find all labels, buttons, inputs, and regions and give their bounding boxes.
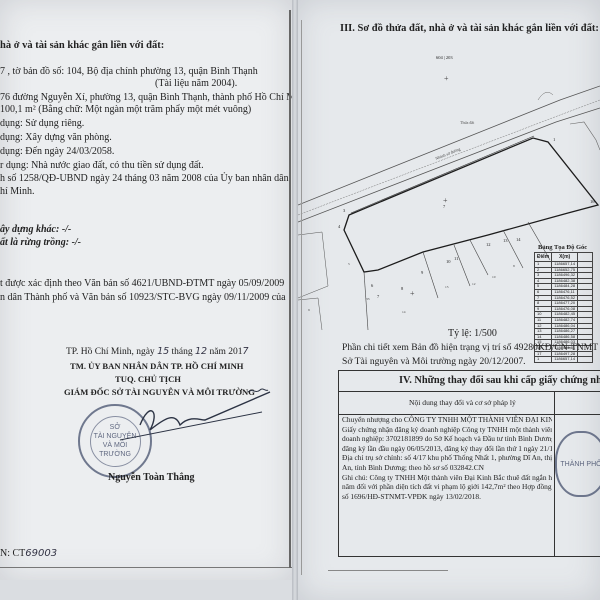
svg-text:13: 13 (503, 238, 508, 243)
detail-note-1: Phần chi tiết xem Bản đồ hiện trạng vị t… (342, 342, 600, 354)
area-top-label: Thửa đất (460, 120, 475, 125)
left-page: hà ở và tài sản khác gắn liền với đất: 7… (0, 0, 292, 580)
right-page: III. Sơ đồ thửa đất, nhà ở và tài sản kh… (298, 0, 600, 600)
scale-label: Tỷ lệ: 1/500 (448, 328, 497, 340)
change-line: đăng ký lần đầu ngày 06/05/2013, đăng ký… (342, 444, 552, 454)
crosshair-mark: + (444, 74, 449, 83)
svg-text:10: 10 (492, 275, 496, 279)
svg-text:7: 7 (377, 294, 380, 299)
svg-text:+: + (410, 289, 415, 298)
svg-text:14: 14 (402, 310, 406, 314)
detail-note-2: Sở Tài nguyên và Môi trường ngày 20/12/2… (342, 356, 526, 368)
changes-column-header: Nội dung thay đổi và cơ sở pháp lý (409, 397, 516, 409)
changes-content: Chuyển nhượng cho CÔNG TY TNHH MỘT THÀNH… (342, 415, 552, 501)
change-line: số 1696/HĐ-STNMT-VPĐK ngày 13/02/2018. (342, 492, 552, 502)
svg-text:12: 12 (472, 282, 476, 286)
svg-text:4: 4 (338, 224, 341, 229)
signer-name: Nguyễn Toàn Thắng (108, 472, 195, 484)
page-border-left (301, 20, 302, 575)
svg-text:10: 10 (446, 259, 451, 264)
certificate-number: N: CT69003 (0, 548, 57, 560)
svg-text:5: 5 (348, 262, 350, 266)
change-line: Địa chỉ trụ sở chính: số 4/17 khu phố Th… (342, 453, 552, 463)
svg-text:9: 9 (308, 308, 310, 312)
bottom-rule (328, 570, 448, 571)
svg-text:12: 12 (486, 242, 491, 247)
change-line: Giấy chứng nhận đăng ký doanh nghiệp Côn… (342, 425, 552, 435)
svg-text:33: 33 (366, 297, 370, 301)
svg-text:15: 15 (445, 285, 449, 289)
changes-heading: IV. Những thay đổi sau khi cấp giấy chứn… (339, 371, 600, 392)
svg-text:8: 8 (401, 286, 404, 291)
change-line: năm đối với phần diện tích đất vi phạm l… (342, 482, 552, 492)
signature-scribble (0, 0, 292, 580)
change-stamp: THÀNH PHỐ (555, 431, 600, 497)
svg-text:16: 16 (590, 199, 595, 204)
svg-text:3: 3 (343, 208, 346, 213)
svg-text:9: 9 (421, 270, 424, 275)
change-line: Ghi chú: Công ty TNHH Một thành viên Đại… (342, 473, 552, 483)
coordinate-row: 11186657,14 (535, 357, 593, 363)
page-border-bottom (0, 567, 292, 568)
svg-text:14: 14 (516, 237, 521, 242)
paper-edge (0, 580, 292, 600)
change-line: Chuyển nhượng cho CÔNG TY TNHH MỘT THÀNH… (342, 415, 552, 425)
svg-text:8: 8 (513, 264, 515, 268)
svg-text:6: 6 (371, 283, 374, 288)
change-line: doanh nghiệp: 3702181899 do Sở Kế hoạch … (342, 434, 552, 444)
changes-table: IV. Những thay đổi sau khi cấp giấy chứn… (338, 370, 600, 557)
svg-text:1: 1 (553, 137, 555, 142)
change-line: An, tỉnh Bình Dương; theo hồ sơ số 03284… (342, 463, 552, 473)
page-border-right (289, 10, 291, 568)
svg-text:11: 11 (454, 256, 458, 261)
